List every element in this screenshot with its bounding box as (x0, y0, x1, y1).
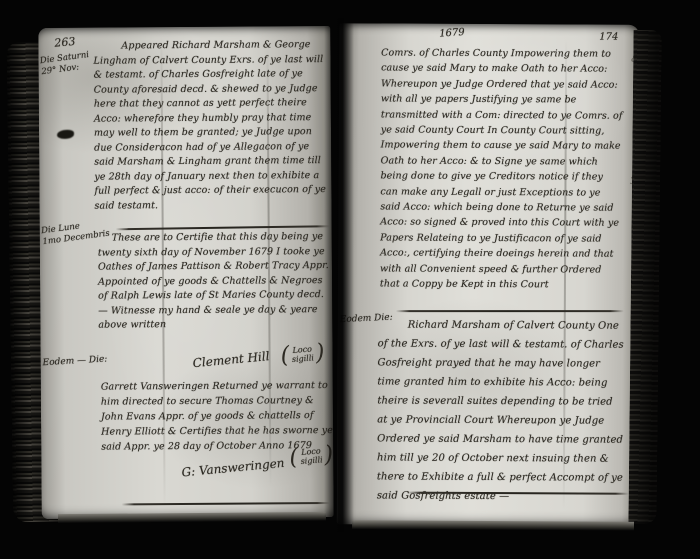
entry-body: Garrett Vansweringen Returned ye warrant… (101, 378, 336, 455)
signature: Clement Hill (192, 349, 270, 370)
manuscript-photo: 263 Die Saturni 29° Nov: Appeared Richar… (0, 0, 700, 559)
seal-mark: ( Loco sigilli ) (280, 343, 325, 366)
year-heading: 1679 (439, 27, 465, 40)
book-page-edges-right (628, 30, 661, 524)
ink-blot (57, 130, 74, 139)
seal-text: Loco sigilli (298, 446, 325, 466)
ink-rule (396, 310, 624, 312)
right-page: 1679 174 Comrs. of Charles County Impowe… (337, 23, 640, 526)
page-number-right: 174 (599, 32, 618, 43)
entry-body: Comrs. of Charles County Impowering them… (380, 45, 623, 293)
bottom-page-edge (352, 520, 634, 530)
left-page: 263 Die Saturni 29° Nov: Appeared Richar… (38, 26, 333, 519)
ink-rule (122, 502, 330, 505)
seal-text: Loco sigilli (289, 344, 316, 364)
bottom-page-edge (58, 512, 326, 523)
margin-note-date: Eodem — Die: (42, 353, 129, 369)
entry-body: Appeared Richard Marsham & George Lingha… (93, 38, 328, 214)
page-number-left: 263 (54, 35, 76, 50)
gutter-shadow (324, 18, 354, 532)
entry-body: Richard Marsham of Calvert County One of… (377, 315, 626, 506)
entry-body: These are to Certifie that this day bein… (98, 230, 331, 333)
